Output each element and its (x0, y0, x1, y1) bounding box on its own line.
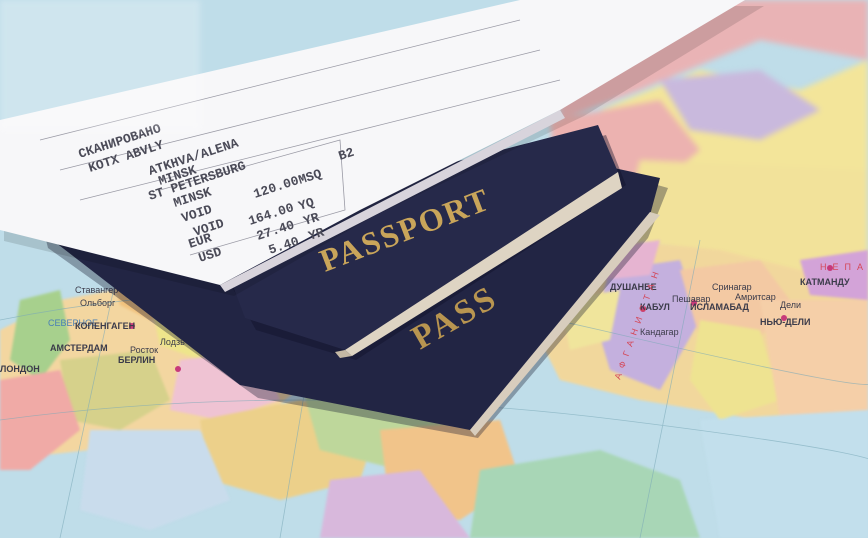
photo-scene: Ставангер Ольборг Гетеборг СЕВЕРНОЕ КОПЕ… (0, 0, 868, 538)
svg-text:Сринагар: Сринагар (712, 282, 752, 292)
map-background: Ставангер Ольборг Гетеборг СЕВЕРНОЕ КОПЕ… (0, 0, 868, 538)
svg-text:Пешавар: Пешавар (672, 294, 710, 304)
svg-text:НЬЮ-ДЕЛИ: НЬЮ-ДЕЛИ (760, 317, 810, 327)
svg-text:Амритсар: Амритсар (735, 292, 776, 302)
svg-text:Дели: Дели (780, 300, 801, 310)
svg-text:Ольборг: Ольборг (80, 298, 116, 308)
svg-text:БЕРЛИН: БЕРЛИН (118, 355, 155, 365)
svg-text:Кандагар: Кандагар (640, 327, 679, 337)
svg-text:КОПЕНГАГЕН: КОПЕНГАГЕН (75, 321, 135, 331)
svg-text:Росток: Росток (130, 345, 158, 355)
svg-text:АМСТЕРДАМ: АМСТЕРДАМ (50, 343, 108, 353)
svg-text:ЛОНДОН: ЛОНДОН (0, 364, 40, 374)
svg-text:КАТМАНДУ: КАТМАНДУ (800, 277, 850, 287)
svg-text:НЕПАЛ: НЕПАЛ (820, 262, 868, 272)
